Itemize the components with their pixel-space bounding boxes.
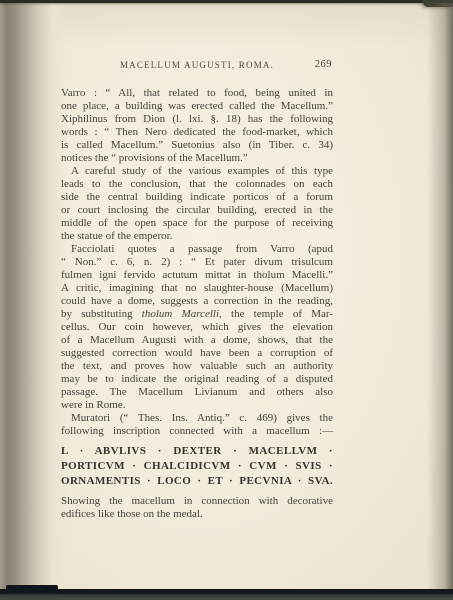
running-head: MACELLUM AUGUSTI, ROMA. [61, 60, 333, 70]
book-cover-bottom-edge [0, 589, 453, 600]
text-line: fulmen igni fervido actutum mittat in th… [61, 269, 333, 282]
cover-shadow-bottom-left [6, 585, 58, 593]
text-line: passage. The Macellum Livianum and other… [61, 386, 333, 399]
text-line: may be to indicate the original reading … [61, 373, 333, 386]
text-line: suggested correction would have been a c… [61, 347, 333, 360]
page-curl-shadow [427, 3, 453, 589]
text-line-with-italic: by substituting tholum Marcelli, the tem… [61, 308, 333, 321]
paragraph-showing: Showing the macellum in connection with … [61, 495, 333, 521]
text-line: leads to the conclusion, that the colonn… [61, 178, 333, 191]
text-line: the text, and proves how valuable such a… [61, 360, 333, 373]
book-top-edge [0, 0, 453, 3]
printed-page: MACELLUM AUGUSTI, ROMA. 269 Varro : “ Al… [61, 60, 333, 521]
text-line: of a Macellum Augusti with a dome, shows… [61, 334, 333, 347]
text-line: A careful study of the various examples … [61, 165, 333, 178]
inscription-line: L · ABVLIVS · DEXTER · MACELLVM · [61, 444, 333, 459]
latin-inscription: L · ABVLIVS · DEXTER · MACELLVM · PORTIC… [61, 444, 333, 489]
text-segment: by substituting [61, 308, 142, 320]
text-line: could have a dome, suggests a correction… [61, 295, 333, 308]
spine-gutter-shadow [0, 3, 68, 589]
text-segment: , the temple of Mar- [219, 308, 333, 320]
paragraph-facciolati: Facciolati quotes a passage from Varro (… [61, 243, 333, 412]
text-line: A critic, imagining that no slaughter-ho… [61, 282, 333, 295]
text-line: the statue of the emperor. [61, 230, 333, 243]
paragraph-careful-study: A careful study of the various examples … [61, 165, 333, 243]
text-line: one place, a building was erected called… [61, 100, 333, 113]
text-line: Xiphilinus from Dion (l. lxi. §. 18) has… [61, 113, 333, 126]
text-line: is called Macellum.” Suetonius also (in … [61, 139, 333, 152]
text-line: Varro : “ All, that related to food, bei… [61, 87, 333, 100]
running-head-row: MACELLUM AUGUSTI, ROMA. 269 [61, 60, 333, 73]
text-line: Muratori (“ Thes. Ins. Antiq.” c. 469) g… [61, 412, 333, 425]
text-line: words : “ Then Nero dedicated the food-m… [61, 126, 333, 139]
text-line: side the central building indicate porti… [61, 191, 333, 204]
italic-latin-phrase: tholum Marcelli [142, 308, 219, 320]
text-line: “ Non.” c. 6, n. 2) : “ Et pater divum t… [61, 256, 333, 269]
text-line: following inscription connected with a m… [61, 425, 333, 438]
text-line: were in Rome. [61, 399, 333, 412]
text-line: middle of the open space for the purpose… [61, 217, 333, 230]
book-page-photo: MACELLUM AUGUSTI, ROMA. 269 Varro : “ Al… [0, 0, 453, 600]
text-line: or court inclosing the circular building… [61, 204, 333, 217]
text-line: Showing the macellum in connection with … [61, 495, 333, 508]
paragraph-muratori: Muratori (“ Thes. Ins. Antiq.” c. 469) g… [61, 412, 333, 438]
paragraph-varro: Varro : “ All, that related to food, bei… [61, 87, 333, 165]
page-number: 269 [315, 59, 332, 70]
text-line: cellus. Our coin however, which gives th… [61, 321, 333, 334]
inscription-line: PORTICVM · CHALCIDICVM · CVM · SVIS · [61, 459, 333, 474]
body-text: Varro : “ All, that related to food, bei… [61, 87, 333, 521]
text-line: notices the “ provisions of the Macellum… [61, 152, 333, 165]
text-line: Facciolati quotes a passage from Varro (… [61, 243, 333, 256]
inscription-line: ORNAMENTIS · LOCO · ET · PECVNIA · SVA. [61, 474, 333, 489]
text-line: edifices like those on the medal. [61, 508, 333, 521]
